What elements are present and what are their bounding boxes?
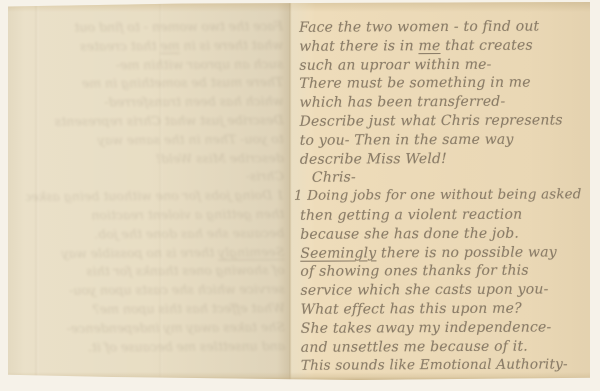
showthrough-line: Face the two women - to find out [25,17,283,38]
ink-showthrough: Face the two women - to find outwhat the… [25,17,285,359]
handwriting-line: Chris- [312,168,592,188]
showthrough-line: Describe just what Chris represents [25,111,283,132]
handwriting-line: Face the two women - to find out [299,17,591,37]
letter-right-page: Face the two women - to find outwhat the… [292,2,590,380]
photo-background: Face the two women - to find outwhat the… [0,0,600,391]
handwriting-line: of showing ones thanks for this [300,262,592,282]
showthrough-line: Seemingly there is no possible way [26,243,284,264]
handwriting-line: then getting a violent reaction [300,205,592,225]
handwriting-line: to you- Then in the same way [300,130,592,150]
showthrough-line: such an uproar within me- [25,55,283,76]
handwriting-line: 1 Doing jobs for one without being asked [294,186,592,206]
handwriting-line: describe Miss Weld! [300,149,592,169]
handwriting-line: which has been transferred- [299,92,591,112]
paper-bottom-edge [8,372,590,380]
showthrough-line: Chris- [26,167,284,188]
handwriting-line: such an uproar within me- [299,55,591,75]
showthrough-line: 1 Doing jobs for one without being asked [26,186,284,207]
handwriting-line: Describe just what Chris represents [300,111,592,131]
handwriting-line: service which she casts upon you- [300,280,592,300]
showthrough-line: There must be something in me [25,73,283,94]
letter-left-page: Face the two women - to find outwhat the… [8,2,289,380]
handwriting-line: There must be something in me [299,74,591,94]
showthrough-line: service which she casts upon you- [27,280,285,301]
showthrough-line: which has been transferred- [25,92,283,113]
showthrough-line: describe Miss Weld! [26,149,284,170]
handwriting-line: Seemingly there is no possible way [300,243,592,263]
showthrough-line: to you- Then in the same way [26,130,284,151]
handwriting-line: She takes away my independence- [301,318,593,338]
handwritten-text: Face the two women - to find outwhat the… [299,17,593,376]
showthrough-line: What effect has this upon me? [27,299,285,320]
handwriting-line: what there is in me that creates [299,36,591,56]
showthrough-line: then getting a violent reaction [26,205,284,226]
handwriting-line: What effect has this upon me? [301,299,593,319]
letter-paper: Face the two women - to find outwhat the… [8,2,590,380]
handwriting-line: and unsettles me because of it. [301,337,593,357]
showthrough-line: and unsettles me because of it. [27,337,285,358]
showthrough-line: what there is in me that creates [25,36,283,57]
showthrough-line: because she has done the job. [26,224,284,245]
showthrough-line: of showing ones thanks for this [27,261,285,282]
handwriting-line: because she has done the job. [300,224,592,244]
showthrough-line: She takes away my independence- [27,318,285,339]
